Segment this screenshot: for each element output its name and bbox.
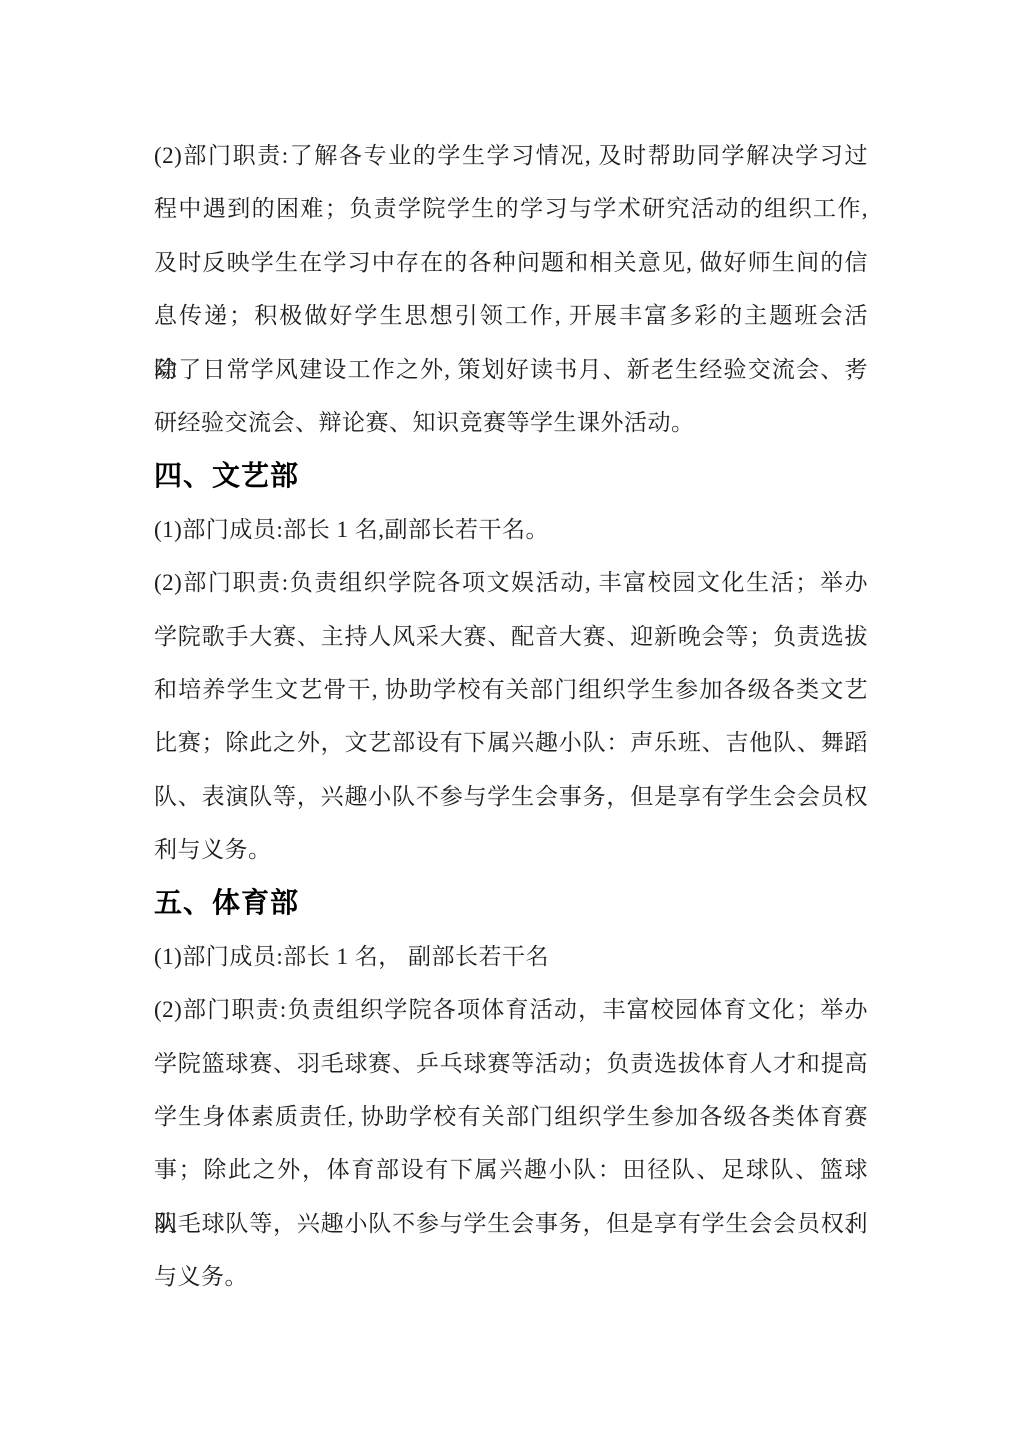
paragraph-line: 队、表演队等，兴趣小队不参与学生会事务，但是享有学生会会员权	[154, 770, 868, 823]
paragraph-line: 研经验交流会、辩论赛、知识竞赛等学生课外活动。	[154, 396, 868, 449]
paragraph-line: (2)部门职责:负责组织学院各项文娱活动, 丰富校园文化生活；举办	[154, 556, 868, 609]
document-page: (2)部门职责:了解各专业的学生学习情况, 及时帮助同学解决学习过 程中遇到的困…	[0, 0, 1024, 1448]
paragraph-line: 及时反映学生在学习中存在的各种问题和相关意见, 做好师生间的信	[154, 236, 868, 289]
paragraph-line: 和培养学生文艺骨干, 协助学校有关部门组织学生参加各级各类文艺	[154, 663, 868, 716]
paragraph-line: 比赛；除此之外，文艺部设有下属兴趣小队：声乐班、吉他队、舞蹈	[154, 716, 868, 769]
paragraph-line: (1)部门成员:部长 1 名， 副部长若干名	[154, 930, 868, 983]
paragraph-line: (2)部门职责:负责组织学院各项体育活动，丰富校园体育文化；举办	[154, 983, 868, 1036]
paragraph-line: 息传递；积极做好学生思想引领工作, 开展丰富多彩的主题班会活动；	[154, 289, 868, 342]
section-heading-sports-dept: 五、体育部	[154, 876, 868, 929]
paragraph-line: (2)部门职责:了解各专业的学生学习情况, 及时帮助同学解决学习过	[154, 129, 868, 182]
paragraph-line: 学院歌手大赛、主持人风采大赛、配音大赛、迎新晚会等；负责选拔	[154, 610, 868, 663]
paragraph-line: 利与义务。	[154, 823, 868, 876]
paragraph-line: 与义务。	[154, 1250, 868, 1303]
paragraph-line: 事；除此之外，体育部设有下属兴趣小队：田径队、足球队、篮球队、	[154, 1143, 868, 1196]
paragraph-line: (1)部门成员:部长 1 名,副部长若干名。	[154, 503, 868, 556]
document-content: (2)部门职责:了解各专业的学生学习情况, 及时帮助同学解决学习过 程中遇到的困…	[154, 129, 868, 1304]
paragraph-line: 学院篮球赛、羽毛球赛、乒乓球赛等活动；负责选拔体育人才和提高	[154, 1037, 868, 1090]
paragraph-line: 羽毛球队等，兴趣小队不参与学生会事务，但是享有学生会会员权利	[154, 1197, 868, 1250]
paragraph-line: 学生身体素质责任, 协助学校有关部门组织学生参加各级各类体育赛	[154, 1090, 868, 1143]
section-heading-arts-dept: 四、文艺部	[154, 449, 868, 502]
paragraph-line: 程中遇到的困难；负责学院学生的学习与学术研究活动的组织工作,	[154, 182, 868, 235]
paragraph-line: 除了日常学风建设工作之外, 策划好读书月、新老生经验交流会、考	[154, 343, 868, 396]
